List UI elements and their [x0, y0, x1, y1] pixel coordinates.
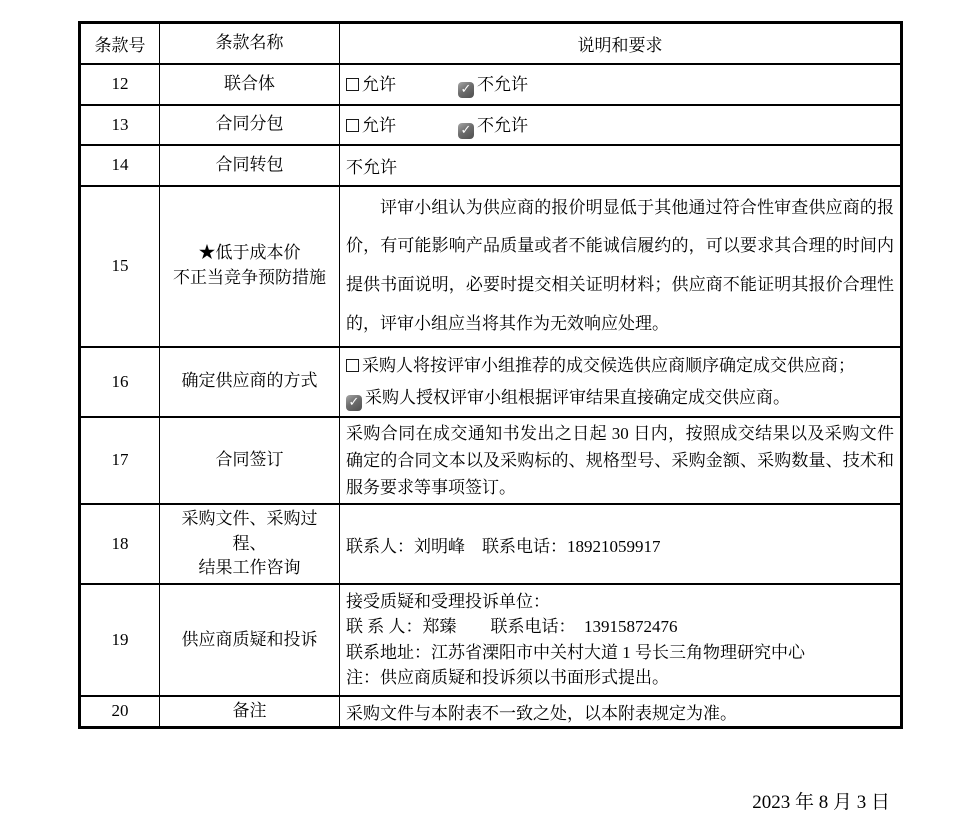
- complaint-address-line: 联系地址：江苏省溧阳市中关村大道 1 号长三角物理研究中心: [346, 640, 894, 666]
- clause-name: 确定供应商的方式: [160, 347, 340, 417]
- clause-desc: 允许✓不允许: [340, 105, 902, 145]
- clause-desc: 不允许: [340, 145, 902, 186]
- header-clause-no: 条款号: [80, 23, 160, 64]
- option-1-label: 采购人将按评审小组推荐的成交候选供应商顺序确定成交供应商；: [362, 356, 855, 375]
- complaint-unit-line: 接受质疑和受理投诉单位：: [346, 589, 894, 615]
- checkbox-checked-icon[interactable]: ✓: [458, 82, 474, 98]
- terms-table: 条款号 条款名称 说明和要求 12 联合体 允许✓不允许 13 合同分包 允许✓…: [78, 21, 903, 729]
- clause-desc-paragraph: 评审小组认为供应商的报价明显低于其他通过符合性审查供应商的报价，有可能影响产品质…: [346, 189, 894, 344]
- clause-no: 14: [80, 145, 160, 186]
- checkbox-unchecked-icon[interactable]: [346, 119, 359, 132]
- clause-name: ★低于成本价 不正当竞争预防措施: [160, 186, 340, 347]
- clause-name-line1: 采购文件、采购过程、: [166, 507, 333, 556]
- option-2-label: 采购人授权评审小组根据评审结果直接确定成交供应商。: [365, 388, 790, 407]
- clause-name: 合同分包: [160, 105, 340, 145]
- clause-desc: 评审小组认为供应商的报价明显低于其他通过符合性审查供应商的报价，有可能影响产品质…: [340, 186, 902, 347]
- checkbox-checked-icon[interactable]: ✓: [346, 395, 362, 411]
- clause-name-line1: ★低于成本价: [166, 241, 333, 266]
- clause-no: 20: [80, 696, 160, 728]
- table-row: 18 采购文件、采购过程、 结果工作咨询 联系人：刘明峰 联系电话：189210…: [80, 504, 902, 584]
- clause-desc: 联系人：刘明峰 联系电话：18921059917: [340, 504, 902, 584]
- option-line-1: 采购人将按评审小组推荐的成交候选供应商顺序确定成交供应商；: [346, 350, 894, 381]
- clause-desc: 采购文件与本附表不一致之处，以本附表规定为准。: [340, 696, 902, 728]
- table-header-row: 条款号 条款名称 说明和要求: [80, 23, 902, 64]
- clause-name: 备注: [160, 696, 340, 728]
- clause-desc: 采购人将按评审小组推荐的成交候选供应商顺序确定成交供应商； ✓采购人授权评审小组…: [340, 347, 902, 417]
- disallow-label: 不允许: [477, 75, 528, 94]
- clause-no: 17: [80, 417, 160, 505]
- allow-label: 允许: [362, 116, 396, 135]
- clause-name-line2: 结果工作咨询: [166, 556, 333, 581]
- clause-desc: 接受质疑和受理投诉单位： 联 系 人：郑臻 联系电话： 13915872476 …: [340, 584, 902, 696]
- clause-no: 15: [80, 186, 160, 347]
- clause-name: 联合体: [160, 64, 340, 105]
- clause-no: 12: [80, 64, 160, 105]
- table-row: 16 确定供应商的方式 采购人将按评审小组推荐的成交候选供应商顺序确定成交供应商…: [80, 347, 902, 417]
- clause-desc: 采购合同在成交通知书发出之日起 30 日内，按照成交结果以及采购文件确定的合同文…: [340, 417, 902, 505]
- table-row: 15 ★低于成本价 不正当竞争预防措施 评审小组认为供应商的报价明显低于其他通过…: [80, 186, 902, 347]
- checkbox-unchecked-icon[interactable]: [346, 78, 359, 91]
- clause-name: 采购文件、采购过程、 结果工作咨询: [160, 504, 340, 584]
- complaint-note-line: 注：供应商质疑和投诉须以书面形式提出。: [346, 665, 894, 691]
- disallow-label: 不允许: [477, 116, 528, 135]
- clause-no: 16: [80, 347, 160, 417]
- option-line-2: ✓采购人授权评审小组根据评审结果直接确定成交供应商。: [346, 382, 894, 413]
- document-date: 2023 年 8 月 3 日: [752, 787, 890, 814]
- clause-no: 19: [80, 584, 160, 696]
- complaint-contact-line: 联 系 人：郑臻 联系电话： 13915872476: [346, 614, 894, 640]
- table-row: 20 备注 采购文件与本附表不一致之处，以本附表规定为准。: [80, 696, 902, 728]
- table-row: 13 合同分包 允许✓不允许: [80, 105, 902, 145]
- clause-desc: 允许✓不允许: [340, 64, 902, 105]
- clause-no: 18: [80, 504, 160, 584]
- clause-name: 供应商质疑和投诉: [160, 584, 340, 696]
- table-row: 19 供应商质疑和投诉 接受质疑和受理投诉单位： 联 系 人：郑臻 联系电话： …: [80, 584, 902, 696]
- header-description: 说明和要求: [340, 23, 902, 64]
- clause-name: 合同转包: [160, 145, 340, 186]
- clause-no: 13: [80, 105, 160, 145]
- table-row: 17 合同签订 采购合同在成交通知书发出之日起 30 日内，按照成交结果以及采购…: [80, 417, 902, 505]
- checkbox-checked-icon[interactable]: ✓: [458, 123, 474, 139]
- clause-name-line2: 不正当竞争预防措施: [166, 266, 333, 291]
- table-row: 14 合同转包 不允许: [80, 145, 902, 186]
- clause-desc-paragraph: 采购合同在成交通知书发出之日起 30 日内，按照成交结果以及采购文件确定的合同文…: [346, 420, 894, 502]
- table-row: 12 联合体 允许✓不允许: [80, 64, 902, 105]
- clause-name: 合同签订: [160, 417, 340, 505]
- header-clause-name: 条款名称: [160, 23, 340, 64]
- contact-info: 联系人：刘明峰 联系电话：18921059917: [346, 537, 661, 556]
- allow-label: 允许: [362, 75, 396, 94]
- checkbox-unchecked-icon[interactable]: [346, 359, 359, 372]
